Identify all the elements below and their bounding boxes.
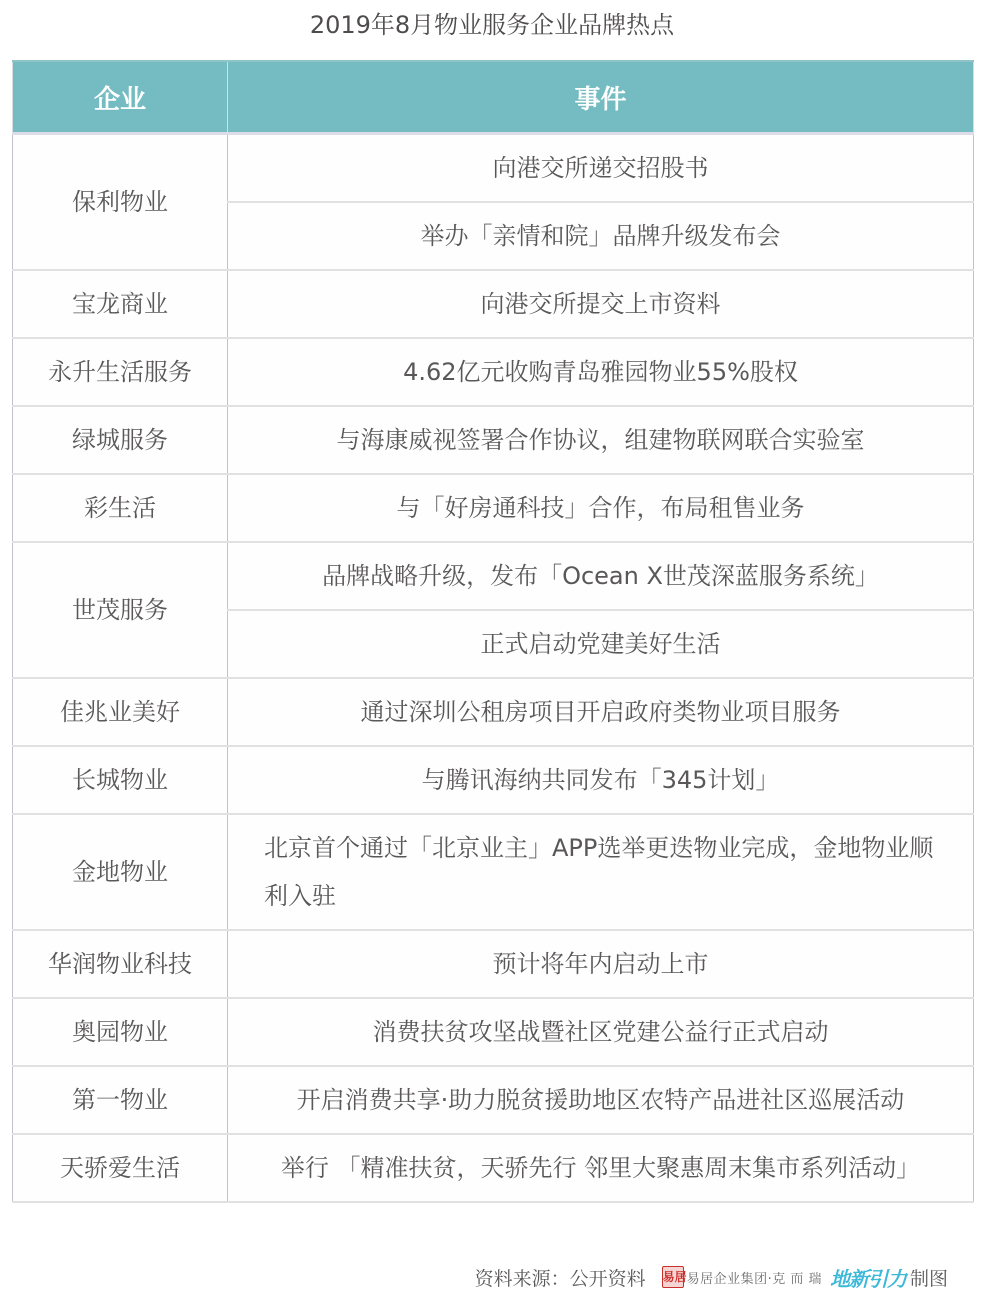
event-cell: 与「好房通科技」合作，布局租售业务: [228, 474, 974, 542]
page-title: 2019年8月物业服务企业品牌热点: [0, 8, 984, 42]
event-cell: 北京首个通过「北京业主」APP选举更迭物业完成，金地物业顺利入驻: [228, 814, 974, 930]
company-cell: 佳兆业美好: [13, 678, 228, 746]
source-note: 资料来源：公开资料: [475, 1264, 646, 1291]
company-cell: 宝龙商业: [13, 270, 228, 338]
event-cell: 举行 「精准扶贫，天骄先行 邻里大聚惠周末集市系列活动」: [228, 1134, 974, 1202]
event-cell: 正式启动党建美好生活: [228, 610, 974, 678]
company-cell: 第一物业: [13, 1066, 228, 1134]
footer: 资料来源：公开资料 易居 易居企业集团·克 而 瑞 地新引力 制图: [0, 1262, 948, 1292]
event-cell: 预计将年内启动上市: [228, 930, 974, 998]
table-row: 佳兆业美好 通过深圳公租房项目开启政府类物业项目服务: [13, 678, 974, 746]
table-row: 华润物业科技 预计将年内启动上市: [13, 930, 974, 998]
table-row: 绿城服务 与海康威视签署合作协议，组建物联网联合实验室: [13, 406, 974, 474]
company-cell: 世茂服务: [13, 542, 228, 678]
company-cell: 保利物业: [13, 134, 228, 271]
table-row: 永升生活服务 4.62亿元收购青岛雅园物业55%股权: [13, 338, 974, 406]
event-cell: 4.62亿元收购青岛雅园物业55%股权: [228, 338, 974, 406]
table-row: 世茂服务 品牌战略升级，发布「Ocean X世茂深蓝服务系统」: [13, 542, 974, 610]
table-row: 保利物业 向港交所递交招股书: [13, 134, 974, 203]
event-cell: 开启消费共享·助力脱贫援助地区农特产品进社区巡展活动: [228, 1066, 974, 1134]
company-cell: 奥园物业: [13, 998, 228, 1066]
table-row: 长城物业 与腾讯海纳共同发布「345计划」: [13, 746, 974, 814]
made-by-label: 制图: [910, 1264, 948, 1291]
company-cell: 天骄爱生活: [13, 1134, 228, 1202]
table-row: 宝龙商业 向港交所提交上市资料: [13, 270, 974, 338]
event-cell: 与海康威视签署合作协议，组建物联网联合实验室: [228, 406, 974, 474]
header-company: 企业: [13, 61, 228, 134]
event-cell: 向港交所递交招股书: [228, 134, 974, 203]
table-row: 天骄爱生活 举行 「精准扶贫，天骄先行 邻里大聚惠周末集市系列活动」: [13, 1134, 974, 1202]
table-header-row: 企业 事件: [13, 61, 974, 134]
table-row: 金地物业 北京首个通过「北京业主」APP选举更迭物业完成，金地物业顺利入驻: [13, 814, 974, 930]
event-cell: 消费扶贫攻坚战暨社区党建公益行正式启动: [228, 998, 974, 1066]
company-cell: 绿城服务: [13, 406, 228, 474]
group-logo-text: 易居企业集团·克 而 瑞: [687, 1268, 822, 1287]
event-cell: 与腾讯海纳共同发布「345计划」: [228, 746, 974, 814]
header-event: 事件: [228, 61, 974, 134]
event-cell: 向港交所提交上市资料: [228, 270, 974, 338]
company-cell: 金地物业: [13, 814, 228, 930]
company-cell: 华润物业科技: [13, 930, 228, 998]
ejujia-seal-logo-icon: 易居: [662, 1266, 684, 1288]
company-cell: 永升生活服务: [13, 338, 228, 406]
table-row: 第一物业 开启消费共享·助力脱贫援助地区农特产品进社区巡展活动: [13, 1066, 974, 1134]
company-cell: 彩生活: [13, 474, 228, 542]
brand-logo: 地新引力: [830, 1263, 906, 1292]
table-row: 奥园物业 消费扶贫攻坚战暨社区党建公益行正式启动: [13, 998, 974, 1066]
event-cell: 通过深圳公租房项目开启政府类物业项目服务: [228, 678, 974, 746]
company-cell: 长城物业: [13, 746, 228, 814]
brand-hotspot-table: 企业 事件 保利物业 向港交所递交招股书 举办「亲情和院」品牌升级发布会 宝龙商…: [12, 60, 974, 1203]
table-row: 彩生活 与「好房通科技」合作，布局租售业务: [13, 474, 974, 542]
event-cell: 品牌战略升级，发布「Ocean X世茂深蓝服务系统」: [228, 542, 974, 610]
event-cell: 举办「亲情和院」品牌升级发布会: [228, 202, 974, 270]
